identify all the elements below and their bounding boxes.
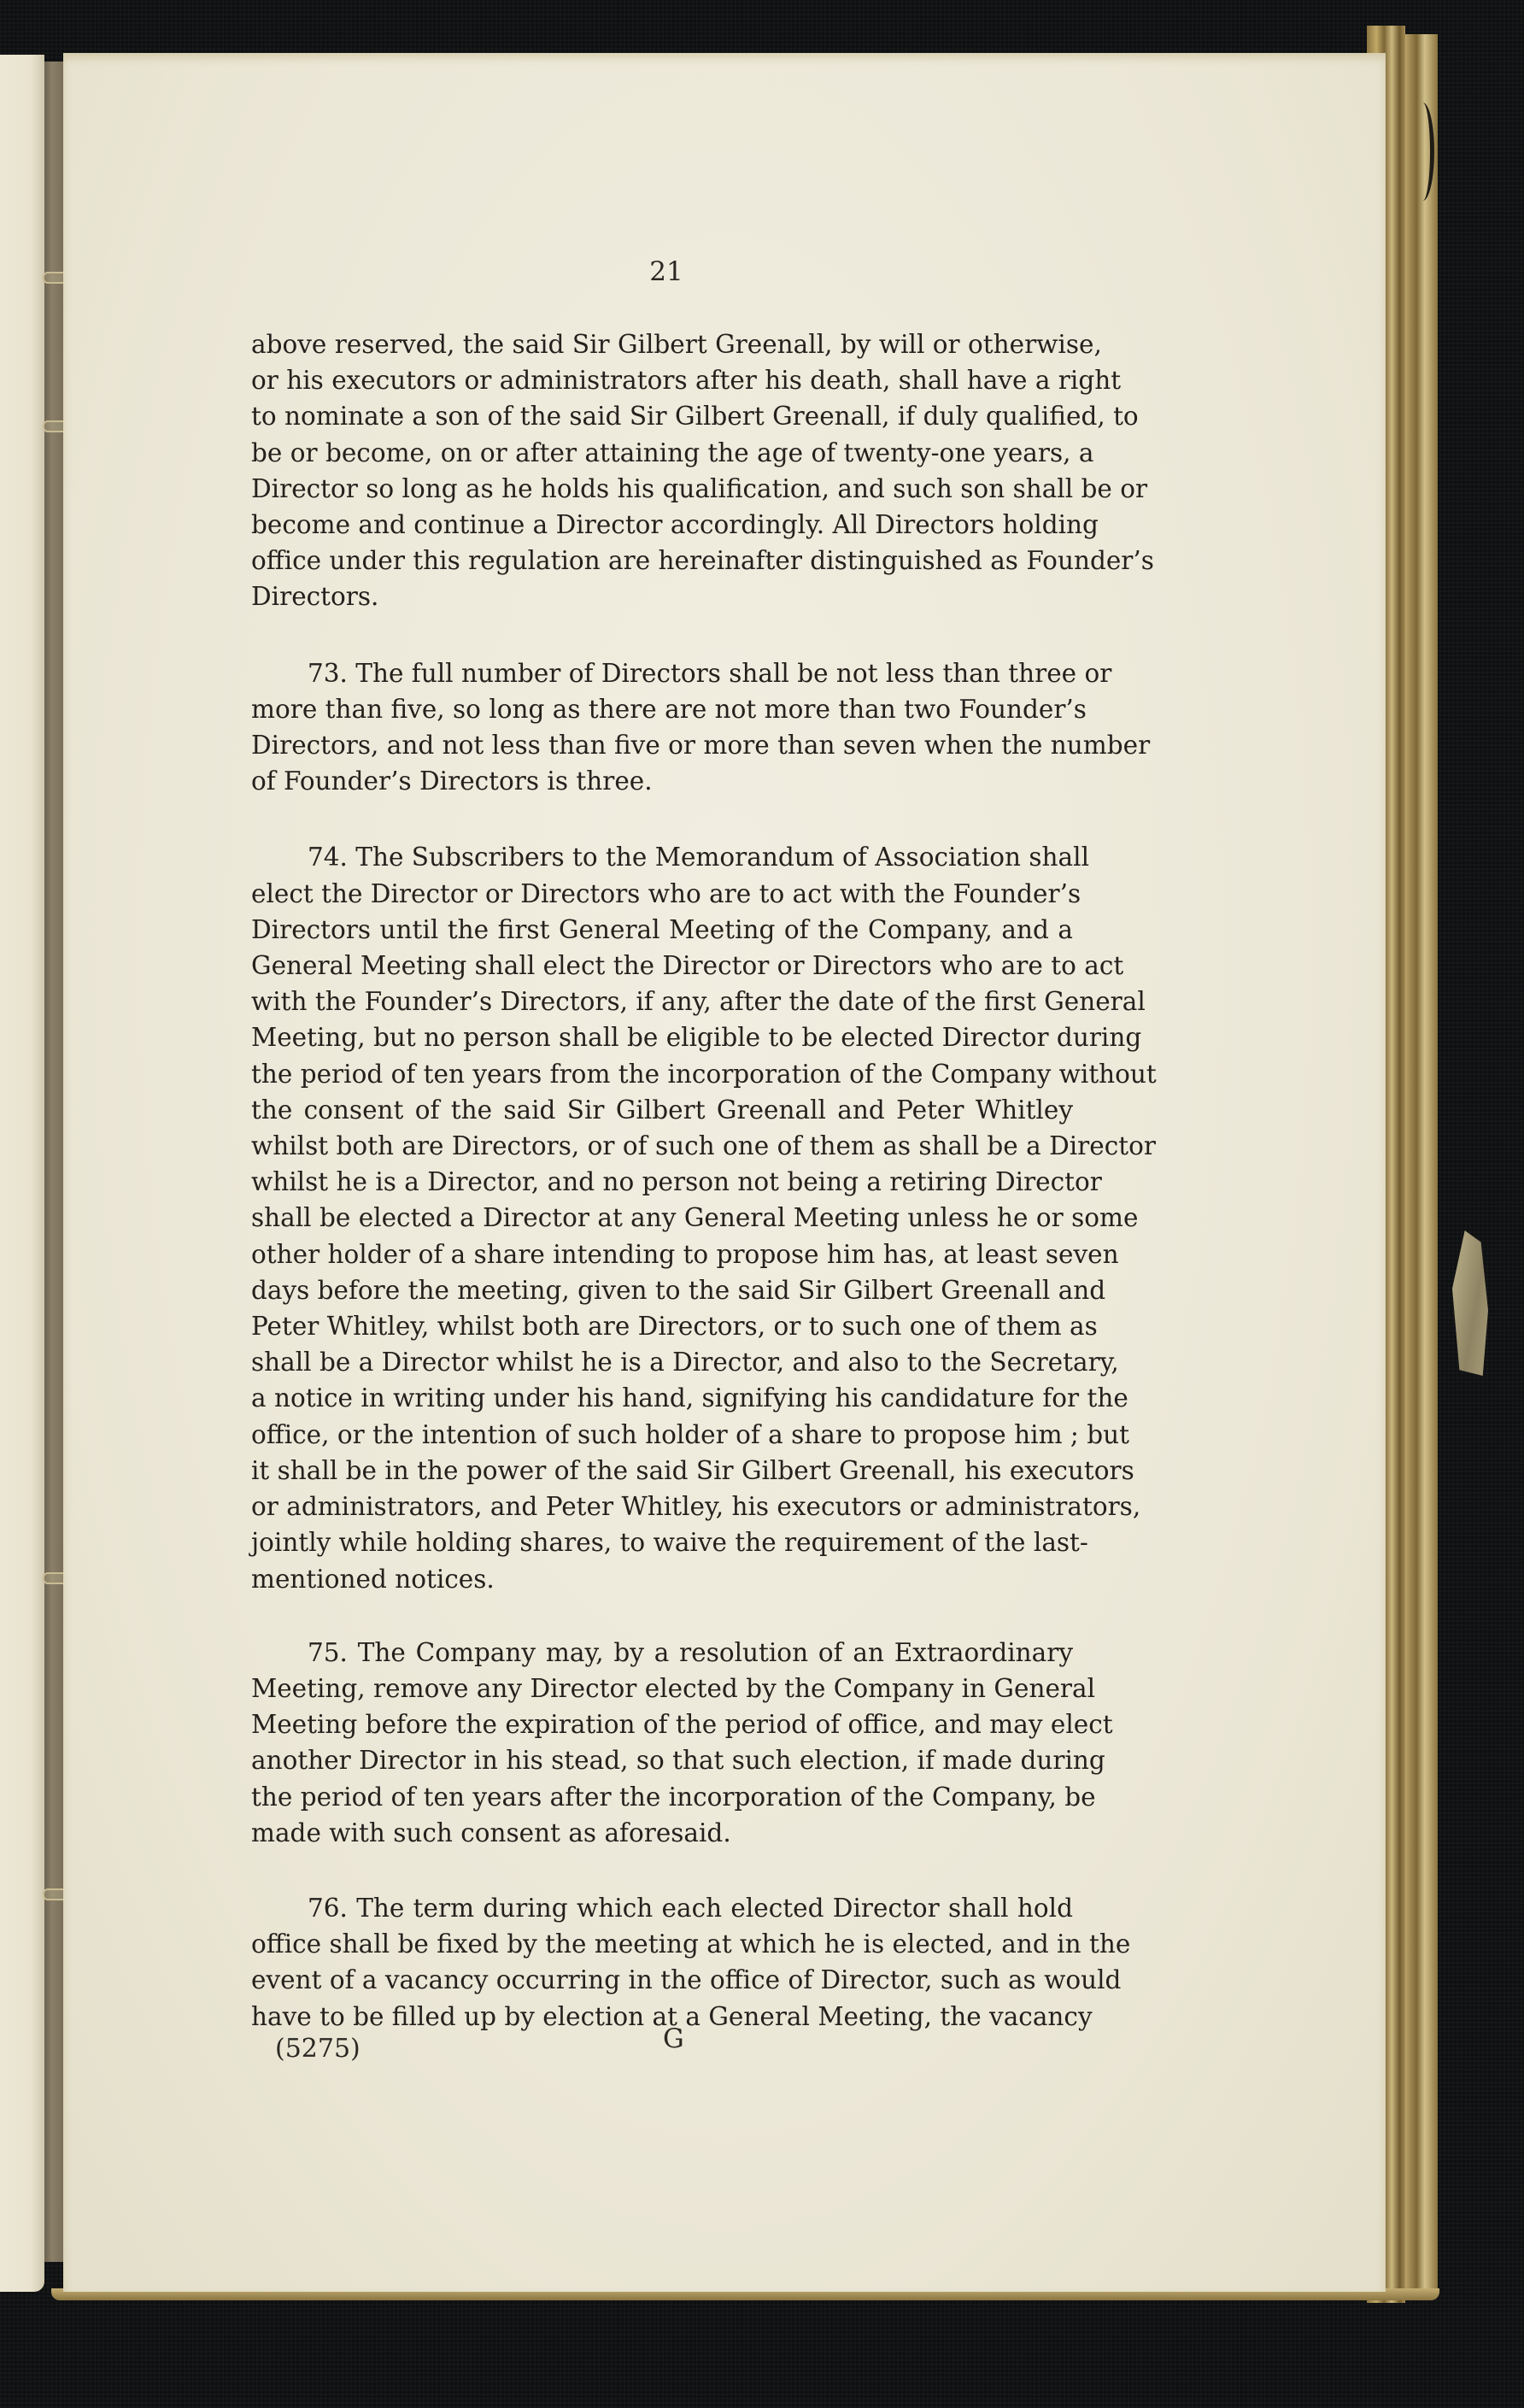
text-line: have to be filled up by election at a Ge…	[251, 1999, 1073, 2035]
text-line: other holder of a share intending to pro…	[251, 1236, 1073, 1272]
gathering-letter: G	[663, 2023, 684, 2054]
text-line: the period of ten years after the incorp…	[251, 1779, 1073, 1815]
text-line: office shall be fixed by the meeting at …	[251, 1926, 1073, 1962]
text-line: Meeting, remove any Director elected by …	[251, 1671, 1073, 1706]
text-line: above reserved, the said Sir Gilbert Gre…	[251, 326, 1073, 362]
text-line: whilst he is a Director, and no person n…	[251, 1164, 1073, 1200]
text-line: Directors.	[251, 579, 1073, 614]
text-line: jointly while holding shares, to waive t…	[251, 1524, 1073, 1560]
text-line: Director so long as he holds his qualifi…	[251, 471, 1073, 507]
text-line: whilst both are Directors, or of such on…	[251, 1128, 1073, 1164]
text-line: or administrators, and Peter Whitley, hi…	[251, 1489, 1073, 1524]
page-block-edge-outer	[1405, 34, 1438, 2290]
text-line: Meeting, but no person shall be eligible…	[251, 1019, 1073, 1055]
text-line: made with such consent as aforesaid.	[251, 1815, 1073, 1851]
text-line: with the Founder’s Directors, if any, af…	[251, 984, 1073, 1019]
text-line: a notice in writing under his hand, sign…	[251, 1380, 1073, 1416]
text-line: event of a vacancy occurring in the offi…	[251, 1962, 1073, 1998]
text-line: 76. The term during which each elected D…	[251, 1890, 1073, 1926]
text-line: elect the Director or Directors who are …	[251, 876, 1073, 912]
text-line: another Director in his stead, so that s…	[251, 1742, 1073, 1778]
text-line: office under this regulation are hereina…	[251, 543, 1073, 579]
left-page-edge	[0, 55, 44, 2292]
text-line: shall be a Director whilst he is a Direc…	[251, 1344, 1073, 1380]
signature-mark: (5275)	[275, 2034, 360, 2064]
text-line: it shall be in the power of the said Sir…	[251, 1453, 1073, 1489]
text-column: above reserved, the said Sir Gilbert Gre…	[251, 326, 1073, 2035]
text-line: days before the meeting, given to the sa…	[251, 1272, 1073, 1308]
text-line: General Meeting shall elect the Director…	[251, 948, 1073, 984]
paragraph-74: 74. The Subscribers to the Memorandum of…	[251, 839, 1073, 1596]
text-line: of Founder’s Directors is three.	[251, 763, 1073, 799]
paragraph-continuation: above reserved, the said Sir Gilbert Gre…	[251, 326, 1073, 615]
text-line: Directors until the first General Meetin…	[251, 912, 1073, 948]
text-line: office, or the intention of such holder …	[251, 1417, 1073, 1453]
text-line: to nominate a son of the said Sir Gilber…	[251, 398, 1073, 434]
text-line: or his executors or administrators after…	[251, 362, 1073, 398]
paragraph-73: 73. The full number of Directors shall b…	[251, 655, 1073, 800]
text-line: shall be elected a Director at any Gener…	[251, 1200, 1073, 1236]
text-line: mentioned notices.	[251, 1561, 1073, 1597]
text-line: Peter Whitley, whilst both are Directors…	[251, 1308, 1073, 1344]
text-line: be or become, on or after attaining the …	[251, 435, 1073, 471]
text-line: 75. The Company may, by a resolution of …	[251, 1635, 1073, 1671]
book-gutter	[44, 62, 63, 2262]
page-number: 21	[598, 256, 735, 287]
text-line: the period of ten years from the incorpo…	[251, 1056, 1073, 1092]
edge-ink-mark	[1411, 103, 1434, 201]
text-line: Directors, and not less than five or mor…	[251, 727, 1073, 763]
paragraph-76: 76. The term during which each elected D…	[251, 1890, 1073, 2035]
text-line: 73. The full number of Directors shall b…	[251, 655, 1073, 691]
text-line: become and continue a Director according…	[251, 507, 1073, 543]
text-line: the consent of the said Sir Gilbert Gree…	[251, 1092, 1073, 1128]
text-line: more than five, so long as there are not…	[251, 691, 1073, 727]
text-line: 74. The Subscribers to the Memorandum of…	[251, 839, 1073, 875]
paragraph-75: 75. The Company may, by a resolution of …	[251, 1635, 1073, 1851]
text-line: Meeting before the expiration of the per…	[251, 1706, 1073, 1742]
